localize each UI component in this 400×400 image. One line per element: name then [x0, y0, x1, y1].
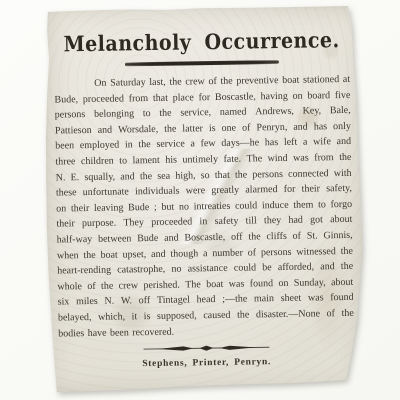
word: proceeded: [83, 91, 124, 107]
word: Ginnis,: [323, 228, 352, 244]
word: the: [159, 106, 171, 122]
word: has: [314, 119, 328, 135]
word: a: [303, 135, 308, 151]
word: perished.: [143, 277, 180, 293]
word: found: [250, 276, 274, 292]
word: is: [209, 121, 216, 137]
word: it: [132, 309, 138, 325]
word: is: [144, 309, 151, 325]
word: Andrews,: [255, 104, 294, 120]
photo-background: Melancholy Occurrence. OnSaturdaylast,th…: [0, 0, 400, 400]
word: with: [334, 165, 352, 181]
word: miles: [76, 294, 98, 310]
word: about: [330, 212, 352, 228]
word: catastrophe,: [117, 262, 165, 278]
word: were: [186, 183, 206, 199]
word: was: [229, 276, 245, 292]
word: till: [246, 214, 257, 230]
word: was: [293, 151, 309, 167]
word: N.: [56, 170, 66, 186]
word: Sunday,: [294, 275, 326, 291]
word: The: [246, 151, 262, 167]
word: was: [308, 291, 324, 307]
word: them: [293, 197, 313, 213]
word: Key,: [303, 104, 322, 120]
word: ;: [154, 200, 157, 216]
word: last,: [149, 75, 166, 91]
word: bodies: [58, 326, 84, 342]
word: on: [278, 276, 288, 292]
word: St.: [307, 228, 318, 244]
word: could: [234, 261, 256, 277]
word: afforded,: [278, 260, 314, 276]
word: service,: [180, 105, 211, 121]
word: The: [185, 277, 201, 293]
word: they: [264, 213, 281, 229]
word: untimely: [182, 152, 218, 168]
word: have: [88, 325, 107, 341]
word: induce: [262, 198, 289, 214]
word: the: [138, 137, 150, 153]
word: about: [331, 275, 353, 291]
word: squally,: [84, 169, 115, 185]
word: forgo: [330, 197, 352, 213]
word: intreaties: [194, 199, 231, 215]
word: and: [293, 119, 308, 135]
word: and: [98, 122, 113, 138]
word: for: [284, 182, 296, 198]
word: and: [164, 231, 179, 247]
word: the: [341, 259, 353, 275]
document-title: Melancholy Occurrence.: [53, 28, 349, 57]
word: no: [179, 199, 189, 215]
word: leaving: [94, 200, 124, 216]
word: could: [235, 198, 257, 214]
word: so: [201, 168, 210, 184]
word: Boscastle,: [215, 89, 256, 105]
word: board: [307, 88, 330, 104]
word: three: [55, 154, 75, 170]
word: few: [201, 136, 216, 152]
word: connected: [288, 166, 329, 182]
word: children: [81, 154, 114, 170]
word: of: [208, 74, 217, 90]
word: half-way: [57, 232, 93, 248]
word: On: [94, 76, 106, 92]
broadside: Melancholy Occurrence. OnSaturdaylast,th…: [44, 4, 366, 396]
word: when: [57, 248, 79, 264]
word: from: [314, 150, 334, 166]
word: safety: [214, 214, 238, 230]
word: Bude: [128, 200, 149, 216]
word: They: [123, 215, 144, 231]
body-text: OnSaturdaylast,thecrewofthepreventiveboa…: [54, 72, 354, 342]
word: safety,: [326, 181, 352, 197]
broadside-paper: Melancholy Occurrence. OnSaturdaylast,th…: [44, 4, 366, 396]
word: N.: [104, 294, 114, 310]
word: employed: [80, 138, 120, 154]
word: cliffs: [266, 229, 287, 245]
word: unfortunate: [83, 185, 129, 201]
word: the: [235, 167, 247, 183]
word: found: [330, 290, 354, 306]
word: Bude: [137, 231, 158, 247]
word: fate.: [223, 152, 241, 168]
word: of: [327, 306, 336, 322]
word: off: [231, 230, 243, 246]
word: Tintagel: [157, 293, 190, 309]
word: Worsdale,: [118, 122, 158, 138]
word: boat: [100, 247, 117, 263]
word: the: [164, 121, 176, 137]
word: persons: [55, 107, 86, 123]
word: these: [56, 185, 77, 201]
word: though: [170, 246, 198, 262]
word: witnessed: [296, 244, 336, 260]
word: assistance: [188, 261, 228, 277]
word: the: [169, 75, 181, 91]
word: six: [58, 295, 70, 311]
word: one: [222, 120, 237, 136]
word: which,: [98, 309, 125, 325]
body-line: bodieshavebeenrecovered.: [58, 321, 354, 341]
word: individuals: [135, 184, 180, 200]
word: left: [284, 135, 298, 151]
ornament-divider-icon: [143, 342, 269, 354]
word: lament: [132, 153, 159, 169]
word: off: [139, 293, 151, 309]
word: the: [237, 307, 249, 323]
word: the: [341, 306, 353, 322]
word: the: [83, 247, 95, 263]
word: head: [197, 292, 216, 308]
word: Saturday: [110, 75, 146, 91]
word: boat: [282, 73, 299, 89]
word: the: [140, 169, 152, 185]
word: service: [156, 137, 185, 153]
word: of: [242, 120, 251, 136]
word: on: [56, 201, 66, 217]
word: got: [310, 213, 323, 229]
word: Boscastle,: [184, 230, 225, 246]
word: heart-rending: [57, 263, 111, 279]
word: to: [143, 106, 151, 122]
word: and: [337, 134, 352, 150]
word: preventive: [236, 73, 278, 89]
word: on: [292, 88, 302, 104]
word: the: [101, 278, 113, 294]
document-content: Melancholy Occurrence. OnSaturdaylast,th…: [53, 2, 355, 399]
word: boat: [206, 277, 223, 293]
word: of: [293, 229, 302, 245]
word: their: [71, 201, 90, 217]
word: and: [151, 246, 166, 262]
word: a: [190, 137, 195, 153]
word: has: [265, 135, 279, 151]
word: upset,: [123, 247, 147, 263]
word: to: [318, 197, 326, 213]
word: sheet: [281, 291, 302, 307]
word: main: [254, 291, 274, 307]
word: from: [129, 91, 149, 107]
word: supposed,: [157, 308, 197, 324]
word: proceeded: [151, 215, 192, 231]
word: no: [171, 262, 181, 278]
word: between: [98, 231, 132, 247]
word: sea: [157, 168, 170, 184]
word: persons: [261, 244, 292, 260]
word: the: [341, 243, 353, 259]
word: recovered.: [132, 324, 174, 340]
word: five: [335, 87, 351, 103]
title-rule: [125, 60, 279, 66]
word: ;—the: [222, 292, 247, 308]
word: been: [110, 325, 129, 341]
word: named: [220, 105, 247, 121]
word: only: [333, 119, 351, 135]
word: disaster.—None: [256, 306, 320, 323]
word: the: [220, 74, 232, 90]
word: latter: [182, 121, 203, 137]
word: purpose.: [82, 216, 116, 232]
word: having: [260, 88, 287, 104]
word: alarmed: [245, 182, 277, 198]
word: W.: [121, 294, 132, 310]
word: Pattieson: [55, 123, 92, 139]
word: a: [203, 246, 208, 262]
word: greatly: [211, 183, 239, 199]
word: in: [125, 138, 133, 154]
word: belayed,: [58, 310, 92, 326]
word: crew: [185, 74, 205, 90]
word: been: [55, 139, 74, 155]
word: of: [87, 279, 96, 295]
imprint-line: Stephens, Printer, Penryn.: [59, 356, 355, 371]
word: Penryn,: [256, 120, 287, 136]
word: at: [343, 72, 350, 88]
word: days—he: [221, 136, 259, 152]
word: their: [56, 217, 75, 233]
word: high,: [175, 168, 196, 184]
word: stationed: [303, 72, 339, 88]
word: be: [262, 260, 272, 276]
word: had: [288, 213, 303, 229]
word: that: [153, 90, 168, 106]
word: wind: [268, 151, 288, 167]
word: his: [165, 153, 177, 169]
word: number: [212, 245, 243, 261]
word: that: [215, 167, 230, 183]
word: caused: [203, 308, 230, 324]
word: and: [120, 169, 135, 185]
word: Bale,: [330, 103, 351, 119]
word: in: [199, 214, 207, 230]
word: whole: [57, 279, 82, 295]
word: of: [248, 245, 257, 261]
word: and: [320, 259, 335, 275]
word: their: [302, 182, 321, 198]
word: Bude,: [54, 92, 78, 108]
word: place: [173, 90, 194, 106]
word: belonging: [94, 106, 134, 122]
word: persons: [252, 167, 283, 183]
word: E.: [71, 170, 80, 186]
word: but: [161, 199, 174, 215]
word: for: [198, 90, 210, 106]
word: the: [339, 150, 351, 166]
word: to: [119, 153, 127, 169]
word: crew: [118, 278, 138, 294]
word: wife: [313, 135, 331, 151]
word: the: [248, 229, 260, 245]
